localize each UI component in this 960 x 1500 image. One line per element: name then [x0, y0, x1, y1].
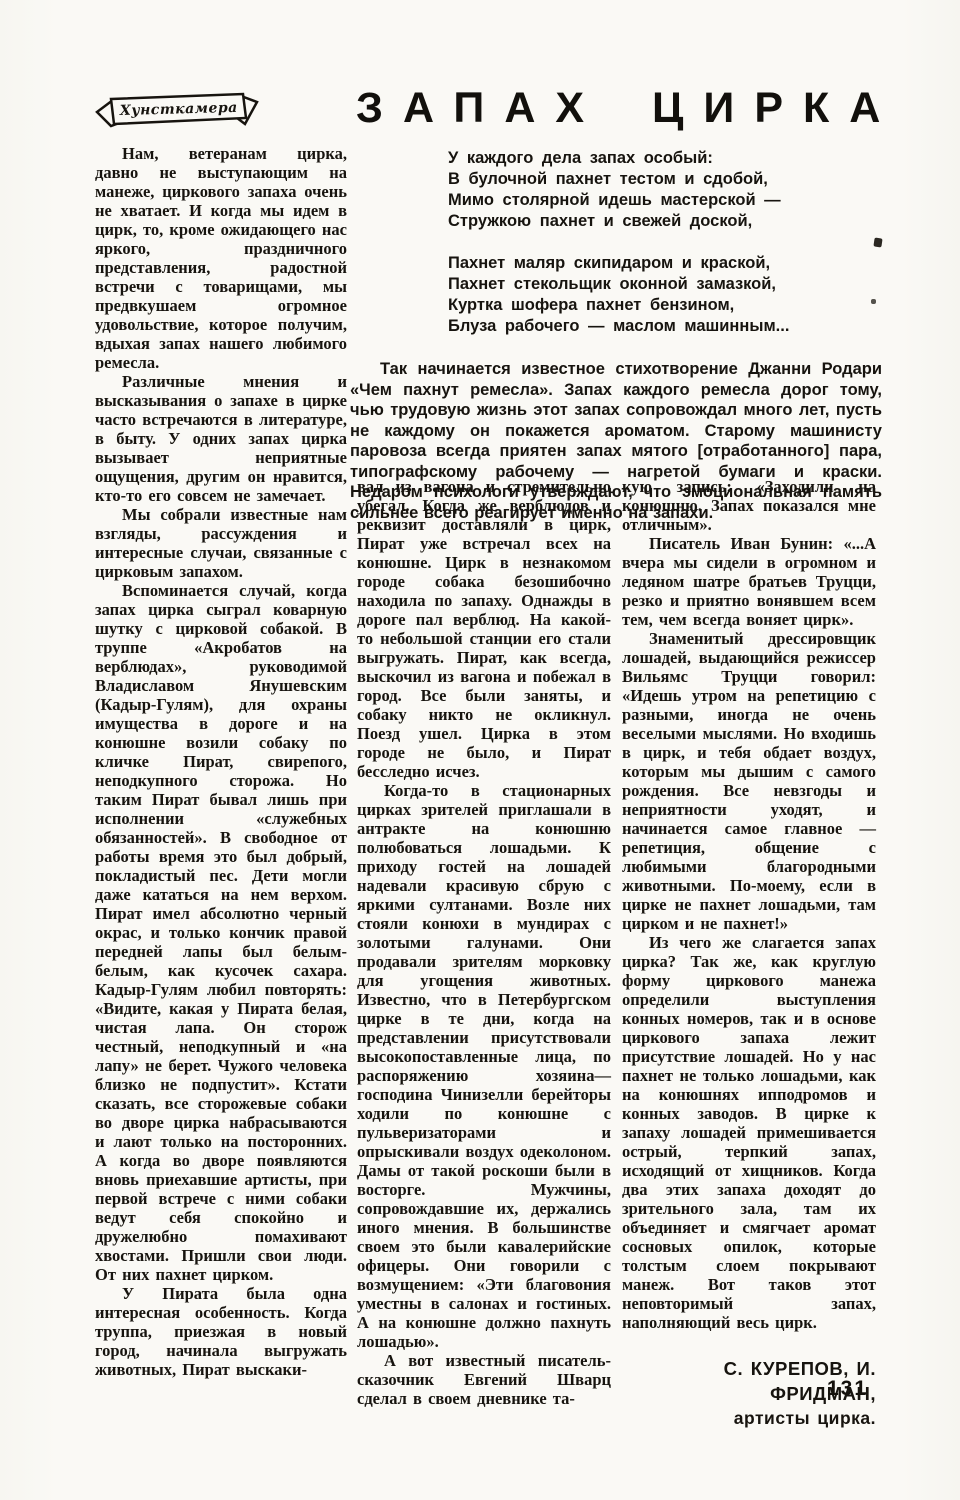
scan-artifact [871, 299, 876, 304]
poem-line: Стружкою пахнет и свежей доской, [448, 211, 882, 232]
poem-stanza-1: У каждого дела запах особый: В булочной … [448, 148, 882, 232]
poem-stanza-2: Пахнет маляр скипидаром и краской, Пахне… [448, 253, 882, 337]
paragraph: Писатель Иван Бунин: «...А вчера мы сиде… [622, 534, 876, 629]
paragraph: кую запись: «Заходили на конюшню. Запах … [622, 477, 876, 534]
poem-line: Блуза рабочего — маслом машинным... [448, 316, 882, 337]
article-title: ЗАПАХ ЦИРКА [356, 84, 882, 132]
rubric-label: Хунсткамера [119, 100, 238, 119]
column-middle: вал из вагона и стремительно убегал. Ког… [357, 477, 611, 1408]
paragraph: Вспоминается случай, когда запах цирка с… [95, 581, 347, 1284]
paragraph: А вот известный писатель-сказочник Евген… [357, 1351, 611, 1408]
column-left: Нам, ветеранам цирка, давно не выступающ… [95, 144, 347, 1379]
paragraph: Когда-то в стационарных цирках зрителей … [357, 781, 611, 1351]
poem-line: Куртка шофера пахнет бензином, [448, 295, 882, 316]
rubric-ribbon-icon: Хунсткамера [93, 90, 261, 140]
paragraph: Различные мнения и высказывания о запахе… [95, 372, 347, 505]
byline-role: артисты цирка. [622, 1406, 876, 1431]
column-right: кую запись: «Заходили на конюшню. Запах … [622, 477, 876, 1431]
paragraph: Нам, ветеранам цирка, давно не выступающ… [95, 144, 347, 372]
article-header: ЗАПАХ ЦИРКА У каждого дела запах особый:… [350, 84, 882, 523]
paragraph: Из чего же слагается запах цирка? Так же… [622, 933, 876, 1332]
poem-line: Пахнет стекольщик оконной замазкой, [448, 274, 882, 295]
poem-quote: У каждого дела запах особый: В булочной … [448, 148, 882, 337]
poem-line: Мимо столярной идешь мастерской — [448, 190, 882, 211]
paragraph: У Пирата была одна интересная особенност… [95, 1284, 347, 1379]
poem-line: У каждого дела запах особый: [448, 148, 882, 169]
paragraph: Знаменитый дрессировщик лошадей, выдающи… [622, 629, 876, 933]
paragraph: вал из вагона и стремительно убегал. Ког… [357, 477, 611, 781]
scan-artifact [873, 237, 882, 247]
poem-line: Пахнет маляр скипидаром и краской, [448, 253, 882, 274]
poem-line: В булочной пахнет тестом и сдобой, [448, 169, 882, 190]
paragraph: Мы собрали известные нам взгляды, рассуж… [95, 505, 347, 581]
magazine-page: Хунсткамера ЗАПАХ ЦИРКА У каждого дела з… [0, 0, 960, 1500]
page-number: 131 [827, 1377, 868, 1401]
